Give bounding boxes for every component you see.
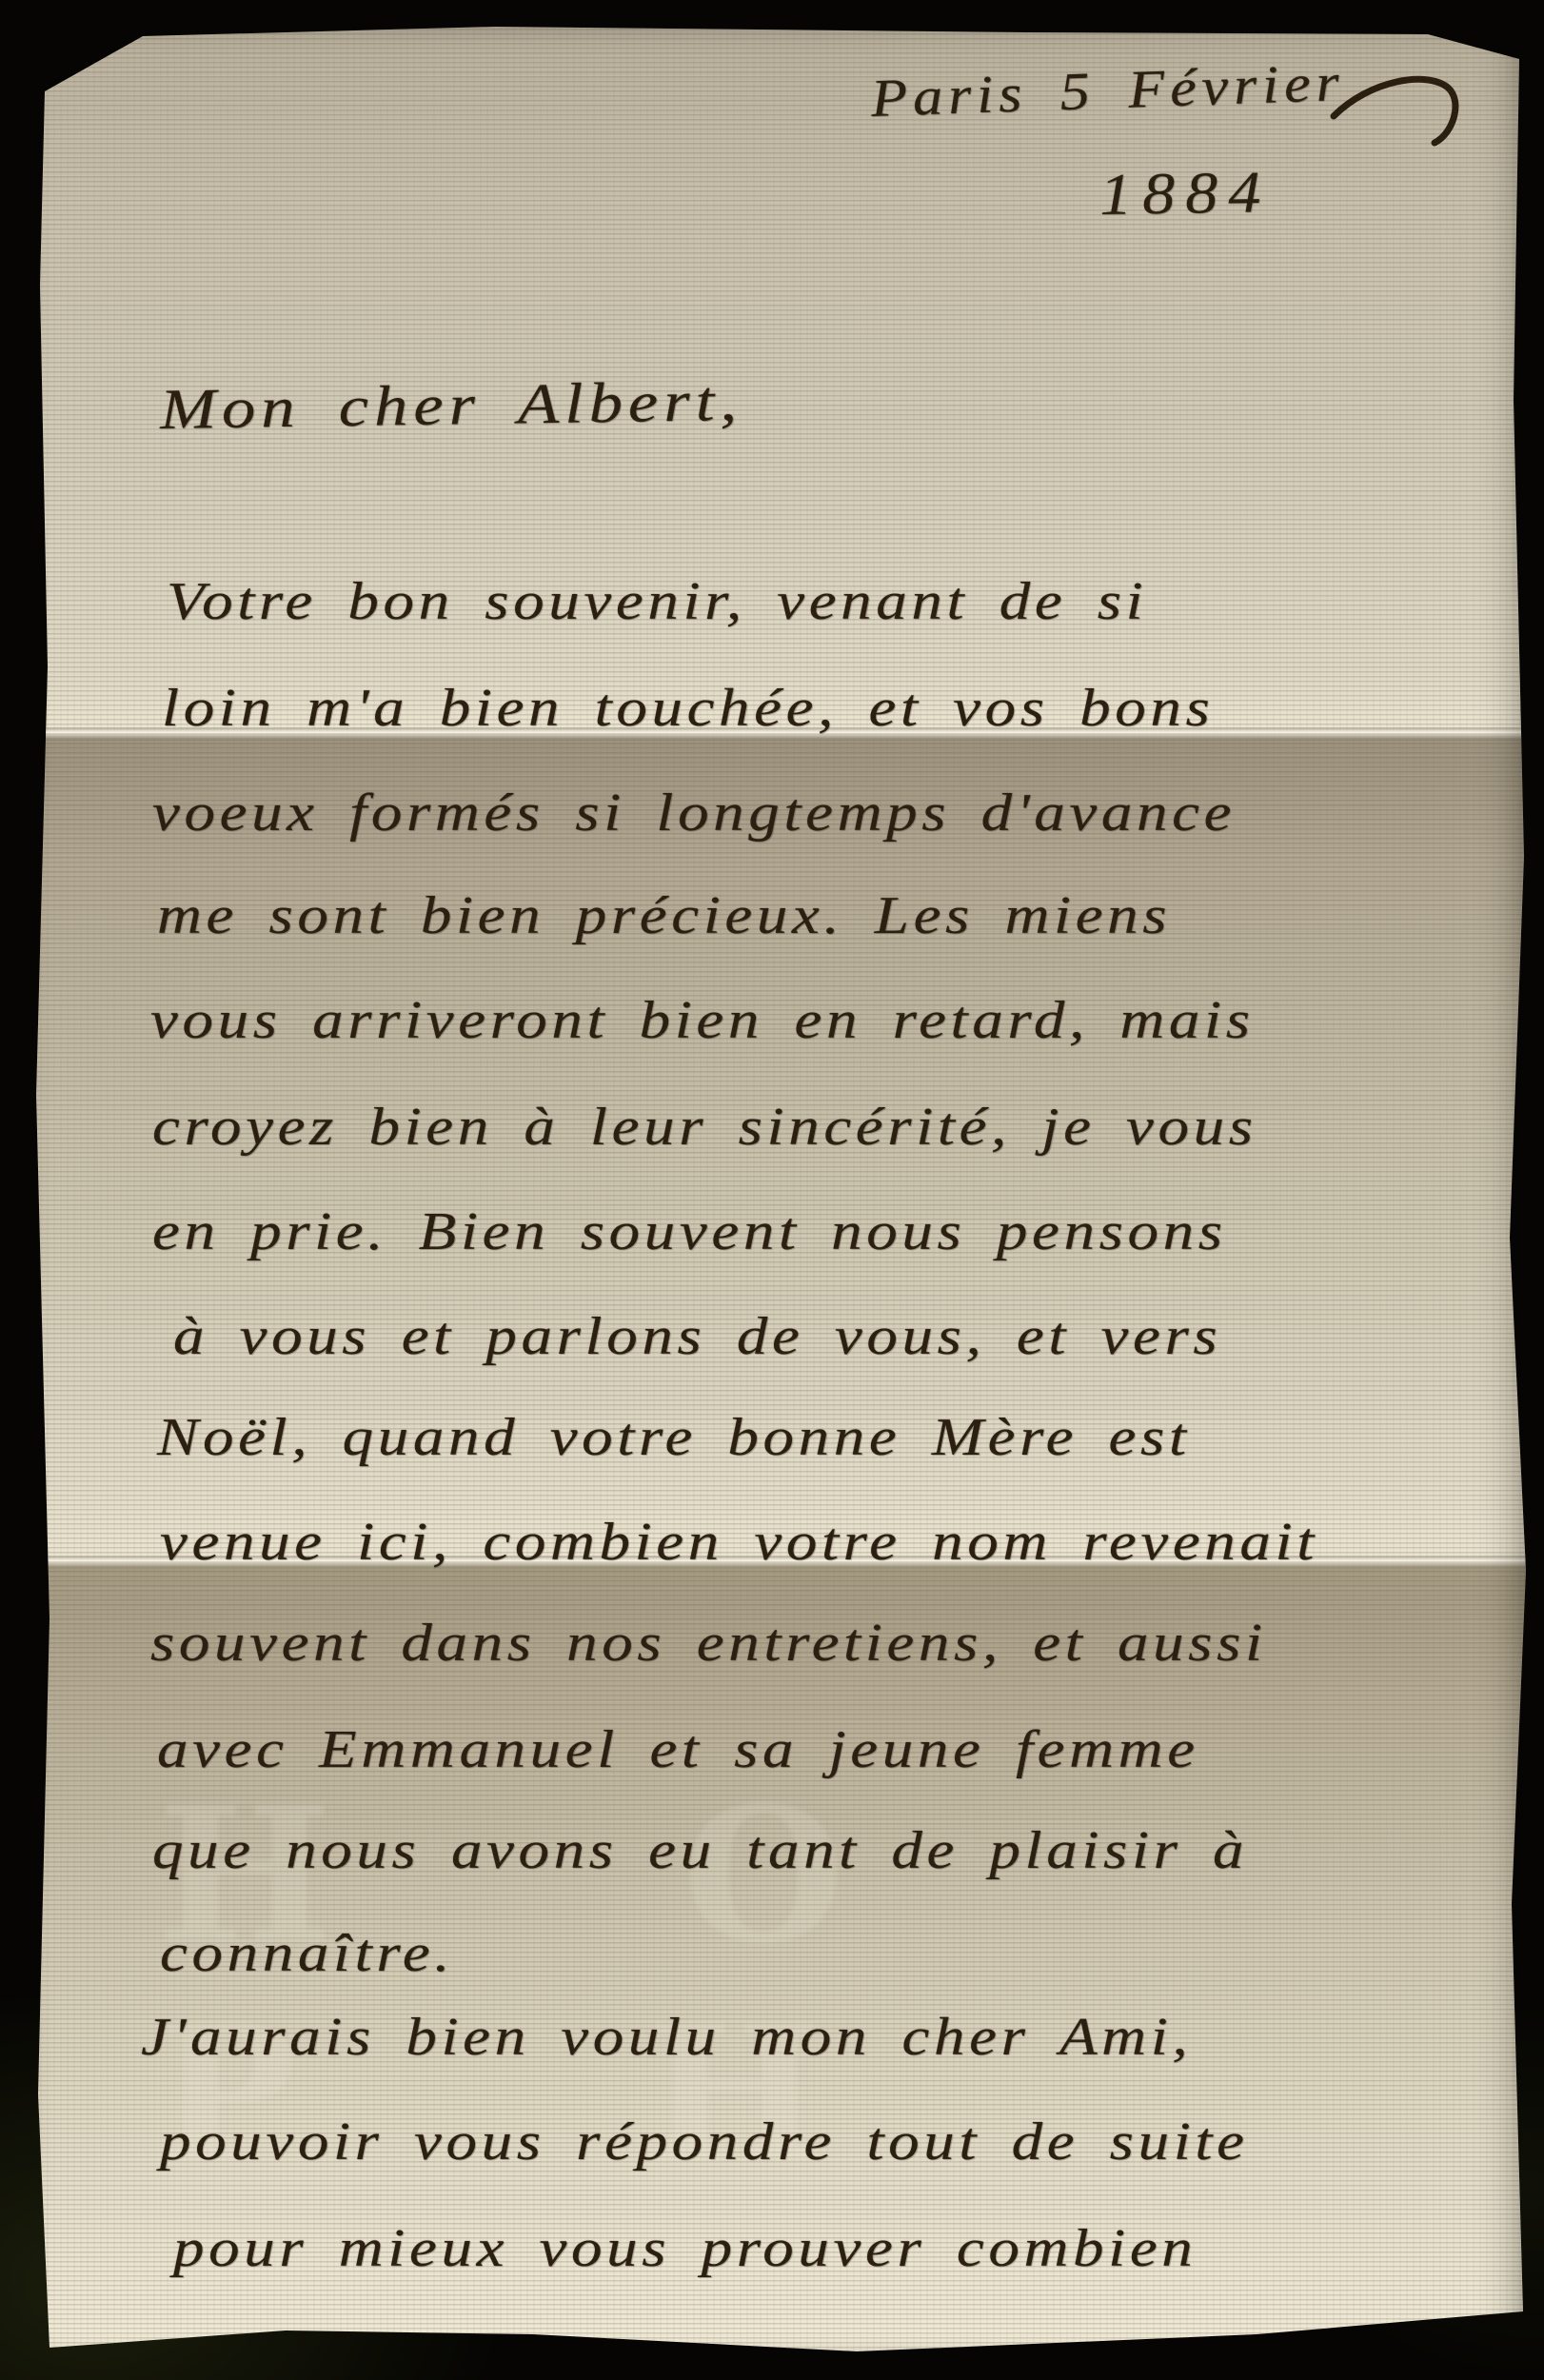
photo-of-letter: { "letter": { "dateline": "Paris 5 Févri… [0, 0, 1544, 2380]
letter-line-17: pour mieux vous prouver combien [173, 2218, 1197, 2279]
letter-line-9: Noël, quand votre bonne Mère est [157, 1407, 1191, 1468]
letter-line-3: voeux formés si longtemps d'avance [152, 783, 1236, 843]
letter-paper: H O P H Paris 5 Février 1884 Mon cher Al… [0, 0, 1544, 2380]
letter-line-10: venue ici, combien votre nom revenait [160, 1512, 1318, 1573]
letter-line-8: à vous et parlons de vous, et vers [173, 1306, 1221, 1367]
letter-line-11: souvent dans nos entretiens, et aussi [150, 1613, 1267, 1674]
salutation: Mon cher Albert, [159, 368, 742, 443]
letter-line-6: croyez bien à leur sincérité, je vous [152, 1097, 1257, 1158]
letter-line-2: loin m'a bien touchée, et vos bons [162, 678, 1214, 739]
letter-line-15: J'aurais bien voulu mon cher Ami, [141, 2007, 1192, 2068]
letter-line-12: avec Emmanuel et sa jeune femme [157, 1719, 1199, 1780]
letter-line-5: vous arriveront bien en retard, mais [150, 990, 1255, 1051]
letter-line-13: que nous avons eu tant de plaisir à [152, 1820, 1248, 1881]
letter-line-14: connaître. [160, 1923, 454, 1984]
letter-line-4: me sont bien précieux. Les miens [157, 885, 1171, 946]
letter-line-1: Votre bon souvenir, venant de si [167, 571, 1147, 632]
date-year: 1884 [1099, 159, 1272, 229]
letter-line-16: pouvoir vous répondre tout de suite [160, 2112, 1249, 2172]
letter-line-7: en prie. Bien souvent nous pensons [152, 1201, 1227, 1262]
